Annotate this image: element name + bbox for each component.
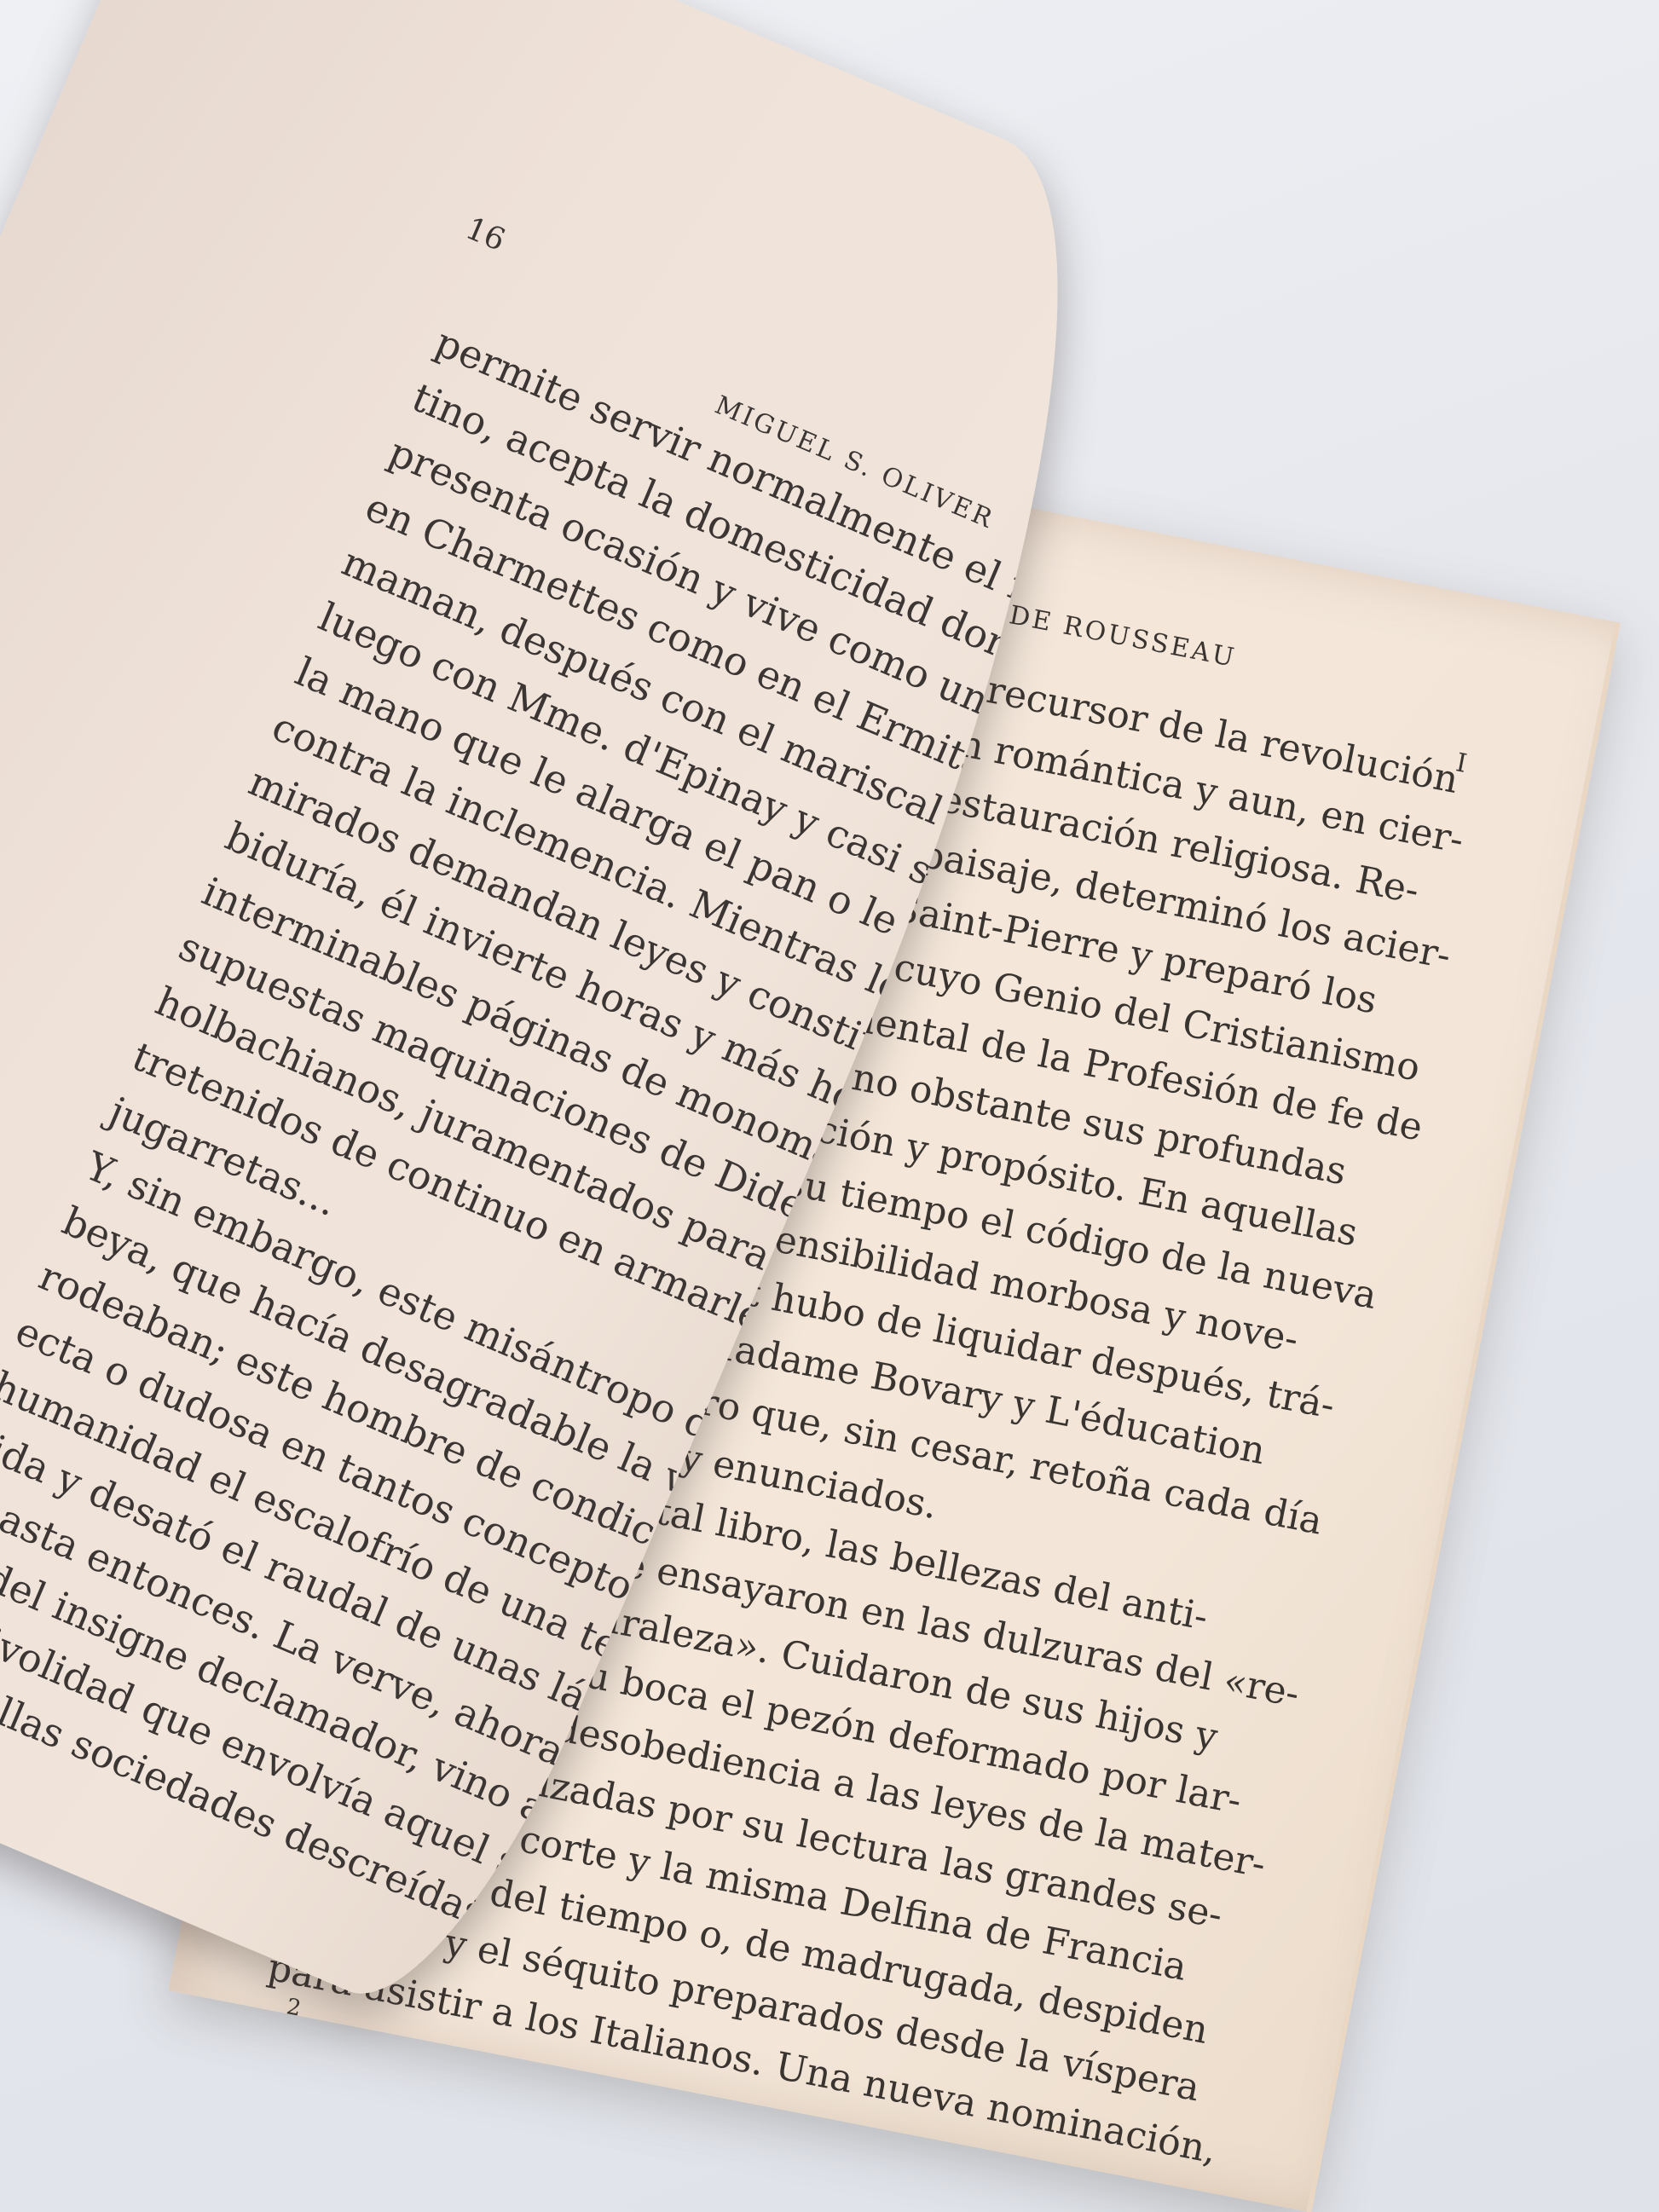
book-photo: LA HERENCIA DE ROUSSEAU I reas. Fué el i… (0, 0, 1659, 2212)
section-number: I (1454, 748, 1469, 779)
page-number: 16 (460, 211, 510, 258)
